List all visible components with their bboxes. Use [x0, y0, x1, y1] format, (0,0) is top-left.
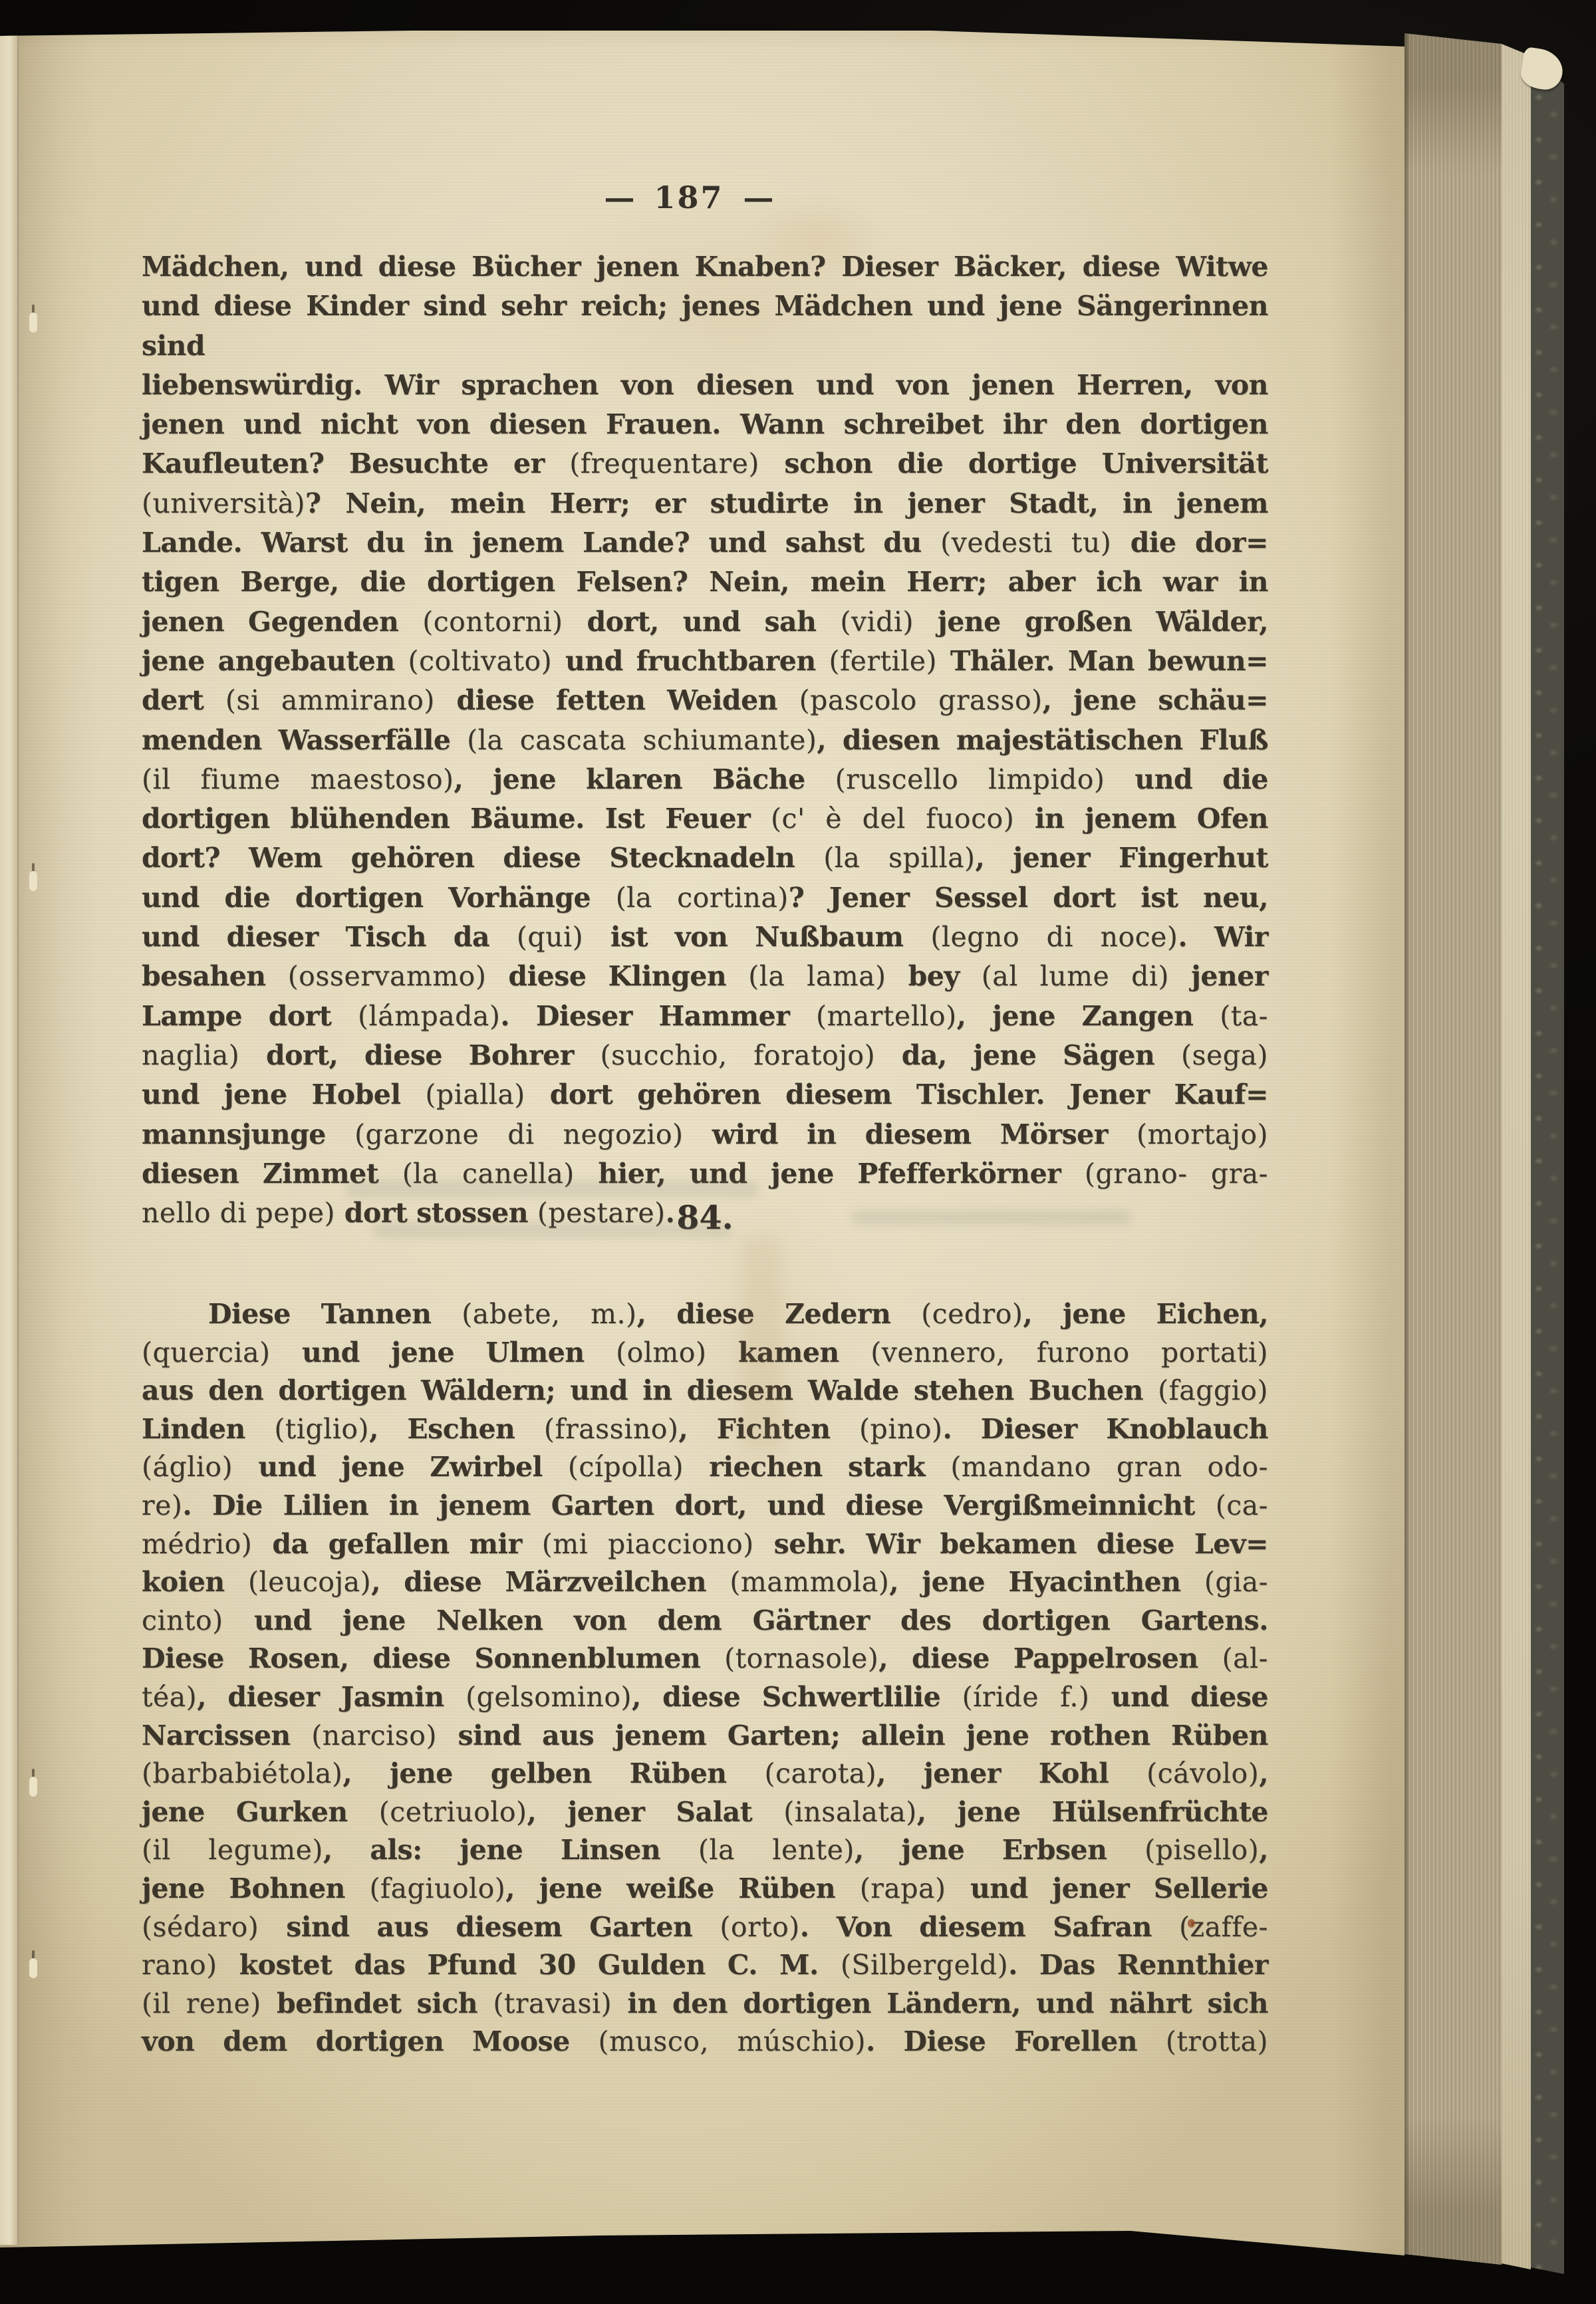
text-line: jene angebauten (coltivato) und fruchtba…	[142, 642, 1268, 681]
book-scan-photo: —187— Mädchen, und diese Bücher jenen Kn…	[0, 0, 1596, 2304]
text-line: (il fiume maestoso), jene klaren Bäche (…	[142, 760, 1268, 799]
text-line: téa), dieser Jasmin (gelsomino), diese S…	[142, 1678, 1268, 1717]
text-line: und diese Kinder sind sehr reich; jenes …	[142, 287, 1268, 366]
text-line: (il legume), als: jene Linsen (la lente)…	[142, 1831, 1268, 1870]
text-line: jene Bohnen (fagiuolo), jene weiße Rüben…	[142, 1870, 1268, 1908]
text-line: Diese Tannen (abete, m.), diese Zedern (…	[142, 1295, 1268, 1334]
text-line: naglia) dort, diese Bohrer (succhio, for…	[142, 1036, 1268, 1075]
text-line: (sédaro) sind aus diesem Garten (orto). …	[142, 1908, 1268, 1947]
text-line: (áglio) und jene Zwirbel (cípolla) riech…	[142, 1448, 1268, 1487]
text-line: und jene Hobel (pialla) dort gehören die…	[142, 1075, 1268, 1114]
text-line: Linden (tiglio), Eschen (frassino), Fich…	[142, 1410, 1268, 1449]
binding-stitch	[29, 1777, 37, 1797]
text-line: dortigen blühenden Bäume. Ist Feuer (c' …	[142, 799, 1268, 838]
text-line: menden Wasserfälle (la cascata schiumant…	[142, 721, 1268, 760]
text-line: aus den dortigen Wäldern; und in diesem …	[142, 1372, 1268, 1410]
ink-bleed-through	[372, 1222, 731, 1238]
gutter-page-edge	[0, 31, 19, 2245]
text-line: Diese Rosen, diese Sonnenblumen (tornaso…	[142, 1640, 1268, 1678]
paragraph-2: Diese Tannen (abete, m.), diese Zedern (…	[142, 1295, 1268, 2061]
text-line: mannsjunge (garzone di negozio) wird in …	[142, 1115, 1268, 1154]
text-line: und dieser Tisch da (qui) ist von Nußbau…	[142, 918, 1268, 957]
text-line: besahen (osservammo) diese Klingen (la l…	[142, 957, 1268, 996]
text-line: tigen Berge, die dortigen Felsen? Nein, …	[142, 563, 1268, 602]
text-line: jene Gurken (cetriuolo), jener Salat (in…	[142, 1793, 1268, 1832]
text-line: von dem dortigen Moose (musco, múschio).…	[142, 2023, 1268, 2061]
book-fore-edge	[1404, 0, 1502, 2304]
ink-bleed-through	[851, 1210, 1130, 1225]
text-line: jenen und nicht von diesen Frauen. Wann …	[142, 405, 1268, 444]
text-line: (il rene) befindet sich (travasi) in den…	[142, 1985, 1268, 2023]
book-cover-edge	[1531, 0, 1564, 2304]
foxing-spot	[1188, 1919, 1195, 1928]
text-line: Kaufleuten? Besuchte er (frequentare) sc…	[142, 444, 1268, 483]
page-number: 187	[654, 180, 724, 215]
text-line: Narcissen (narciso) sind aus jenem Garte…	[142, 1717, 1268, 1755]
text-line: und die dortigen Vorhänge (la cortina)? …	[142, 878, 1268, 918]
text-line: cinto) und jene Nelken von dem Gärtner d…	[142, 1602, 1268, 1640]
text-line: koien (leucoja), diese Märzveilchen (mam…	[142, 1563, 1268, 1602]
page-edge-strip	[1502, 0, 1531, 2304]
text-line: re). Die Lilien in jenem Garten dort, un…	[142, 1487, 1268, 1525]
header-dash-left: —	[604, 180, 634, 215]
binding-stitch	[29, 871, 37, 891]
text-line: Lampe dort (lámpada). Dieser Hammer (mar…	[142, 997, 1268, 1036]
ink-bleed-through	[346, 1180, 758, 1198]
text-line: rano) kostet das Pfund 30 Gulden C. M. (…	[142, 1946, 1268, 1985]
text-line: (barbabiétola), jene gelben Rüben (carot…	[142, 1755, 1268, 1793]
binding-stitch	[29, 313, 37, 332]
text-line: liebenswürdig. Wir sprachen von diesen u…	[142, 366, 1268, 405]
text-line: jenen Gegenden (contorni) dort, und sah …	[142, 602, 1268, 642]
text-line: Lande. Warst du in jenem Lande? und sahs…	[142, 523, 1268, 563]
paper-stain	[741, 1237, 781, 1450]
header-dash-right: —	[743, 180, 774, 215]
text-line: (quercia) und jene Ulmen (olmo) kamen (v…	[142, 1334, 1268, 1372]
page-header: —187—	[126, 180, 1252, 226]
text-line: Mädchen, und diese Bücher jenen Knaben? …	[142, 247, 1268, 287]
text-line: médrio) da gefallen mir (mi piacciono) s…	[142, 1525, 1268, 1564]
text-line: (università)? Nein, mein Herr; er studir…	[142, 484, 1268, 523]
paragraph-1: Mädchen, und diese Bücher jenen Knaben? …	[142, 247, 1268, 1233]
text-line: dert (si ammirano) diese fetten Weiden (…	[142, 681, 1268, 720]
text-line: dort? Wem gehören diese Stecknadeln (la …	[142, 838, 1268, 878]
book-page: —187— Mädchen, und diese Bücher jenen Kn…	[0, 0, 1404, 2304]
binding-stitch	[29, 1958, 37, 1978]
